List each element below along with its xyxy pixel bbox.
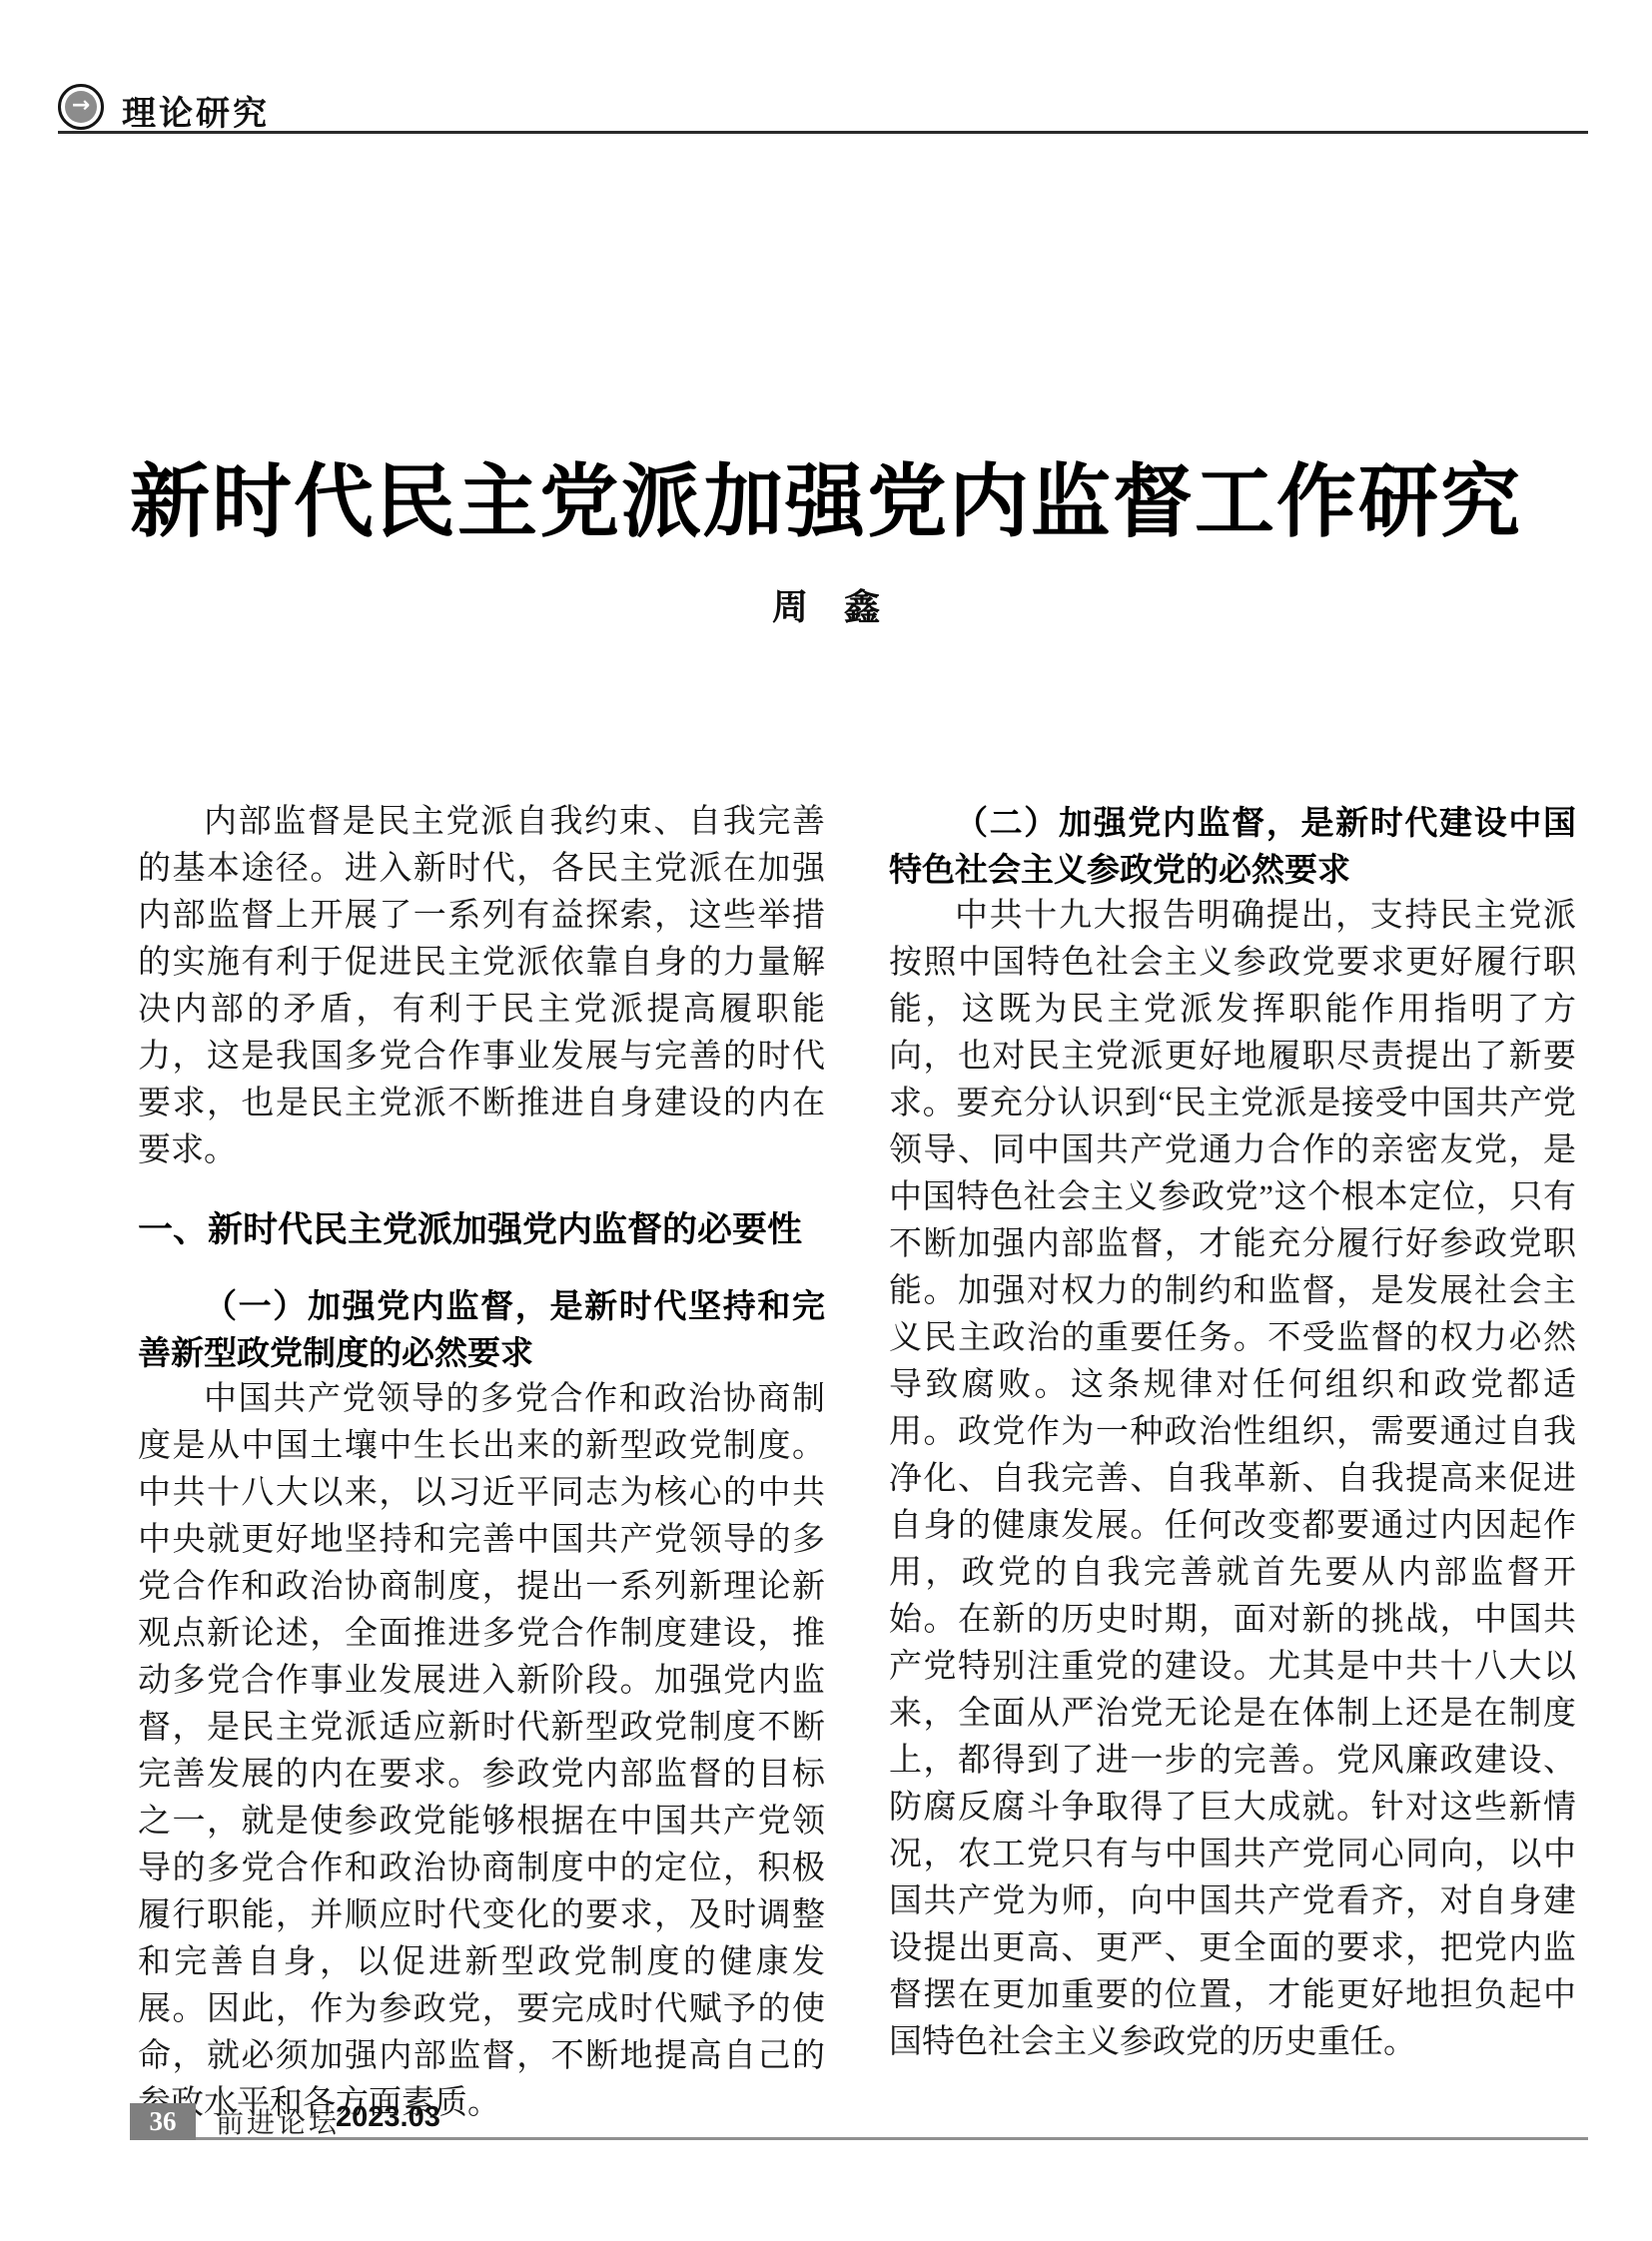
subsection-1-heading: （一）加强党内监督，是新时代坚持和完善新型政党制度的必然要求 [138,1282,825,1376]
section-1-heading: 一、新时代民主党派加强党内监督的必要性 [138,1200,825,1260]
article-title: 新时代民主党派加强党内监督工作研究 [0,454,1652,550]
journal-page: → 理论研究 新时代民主党派加强党内监督工作研究 周 鑫 内部监督是民主党派自我… [0,0,1652,2241]
right-column: （二）加强党内监督，是新时代建设中国特色社会主义参政党的必然要求 中共十九大报告… [889,799,1576,2127]
issue-number: 2023.03 [336,2101,440,2134]
footer-divider [196,2137,1588,2140]
left-column: 内部监督是民主党派自我约束、自我完善的基本途径。进入新时代，各民主党派在加强内部… [138,799,825,2127]
page-number-badge: 36 [130,2103,196,2140]
column-section-label: 理论研究 [122,86,270,135]
article-author: 周 鑫 [0,579,1652,630]
arrow-right-glyph: → [65,91,97,123]
subsection-2-paragraph: 中共十九大报告明确提出，支持民主党派按照中国特色社会主义参政党要求更好履行职能，… [889,893,1576,2066]
article-body: 内部监督是民主党派自我约束、自我完善的基本途径。进入新时代，各民主党派在加强内部… [138,799,1576,2127]
intro-paragraph: 内部监督是民主党派自我约束、自我完善的基本途径。进入新时代，各民主党派在加强内部… [138,799,825,1174]
subsection-2-heading: （二）加强党内监督，是新时代建设中国特色社会主义参政党的必然要求 [889,799,1576,893]
journal-name: 前进论坛 [216,2101,340,2141]
page-header: → 理论研究 [58,84,1588,134]
arrow-right-circle-icon: → [58,84,104,130]
subsection-1-paragraph: 中国共产党领导的多党合作和政治协商制度是从中国土壤中生长出来的新型政党制度。中共… [138,1376,825,2127]
